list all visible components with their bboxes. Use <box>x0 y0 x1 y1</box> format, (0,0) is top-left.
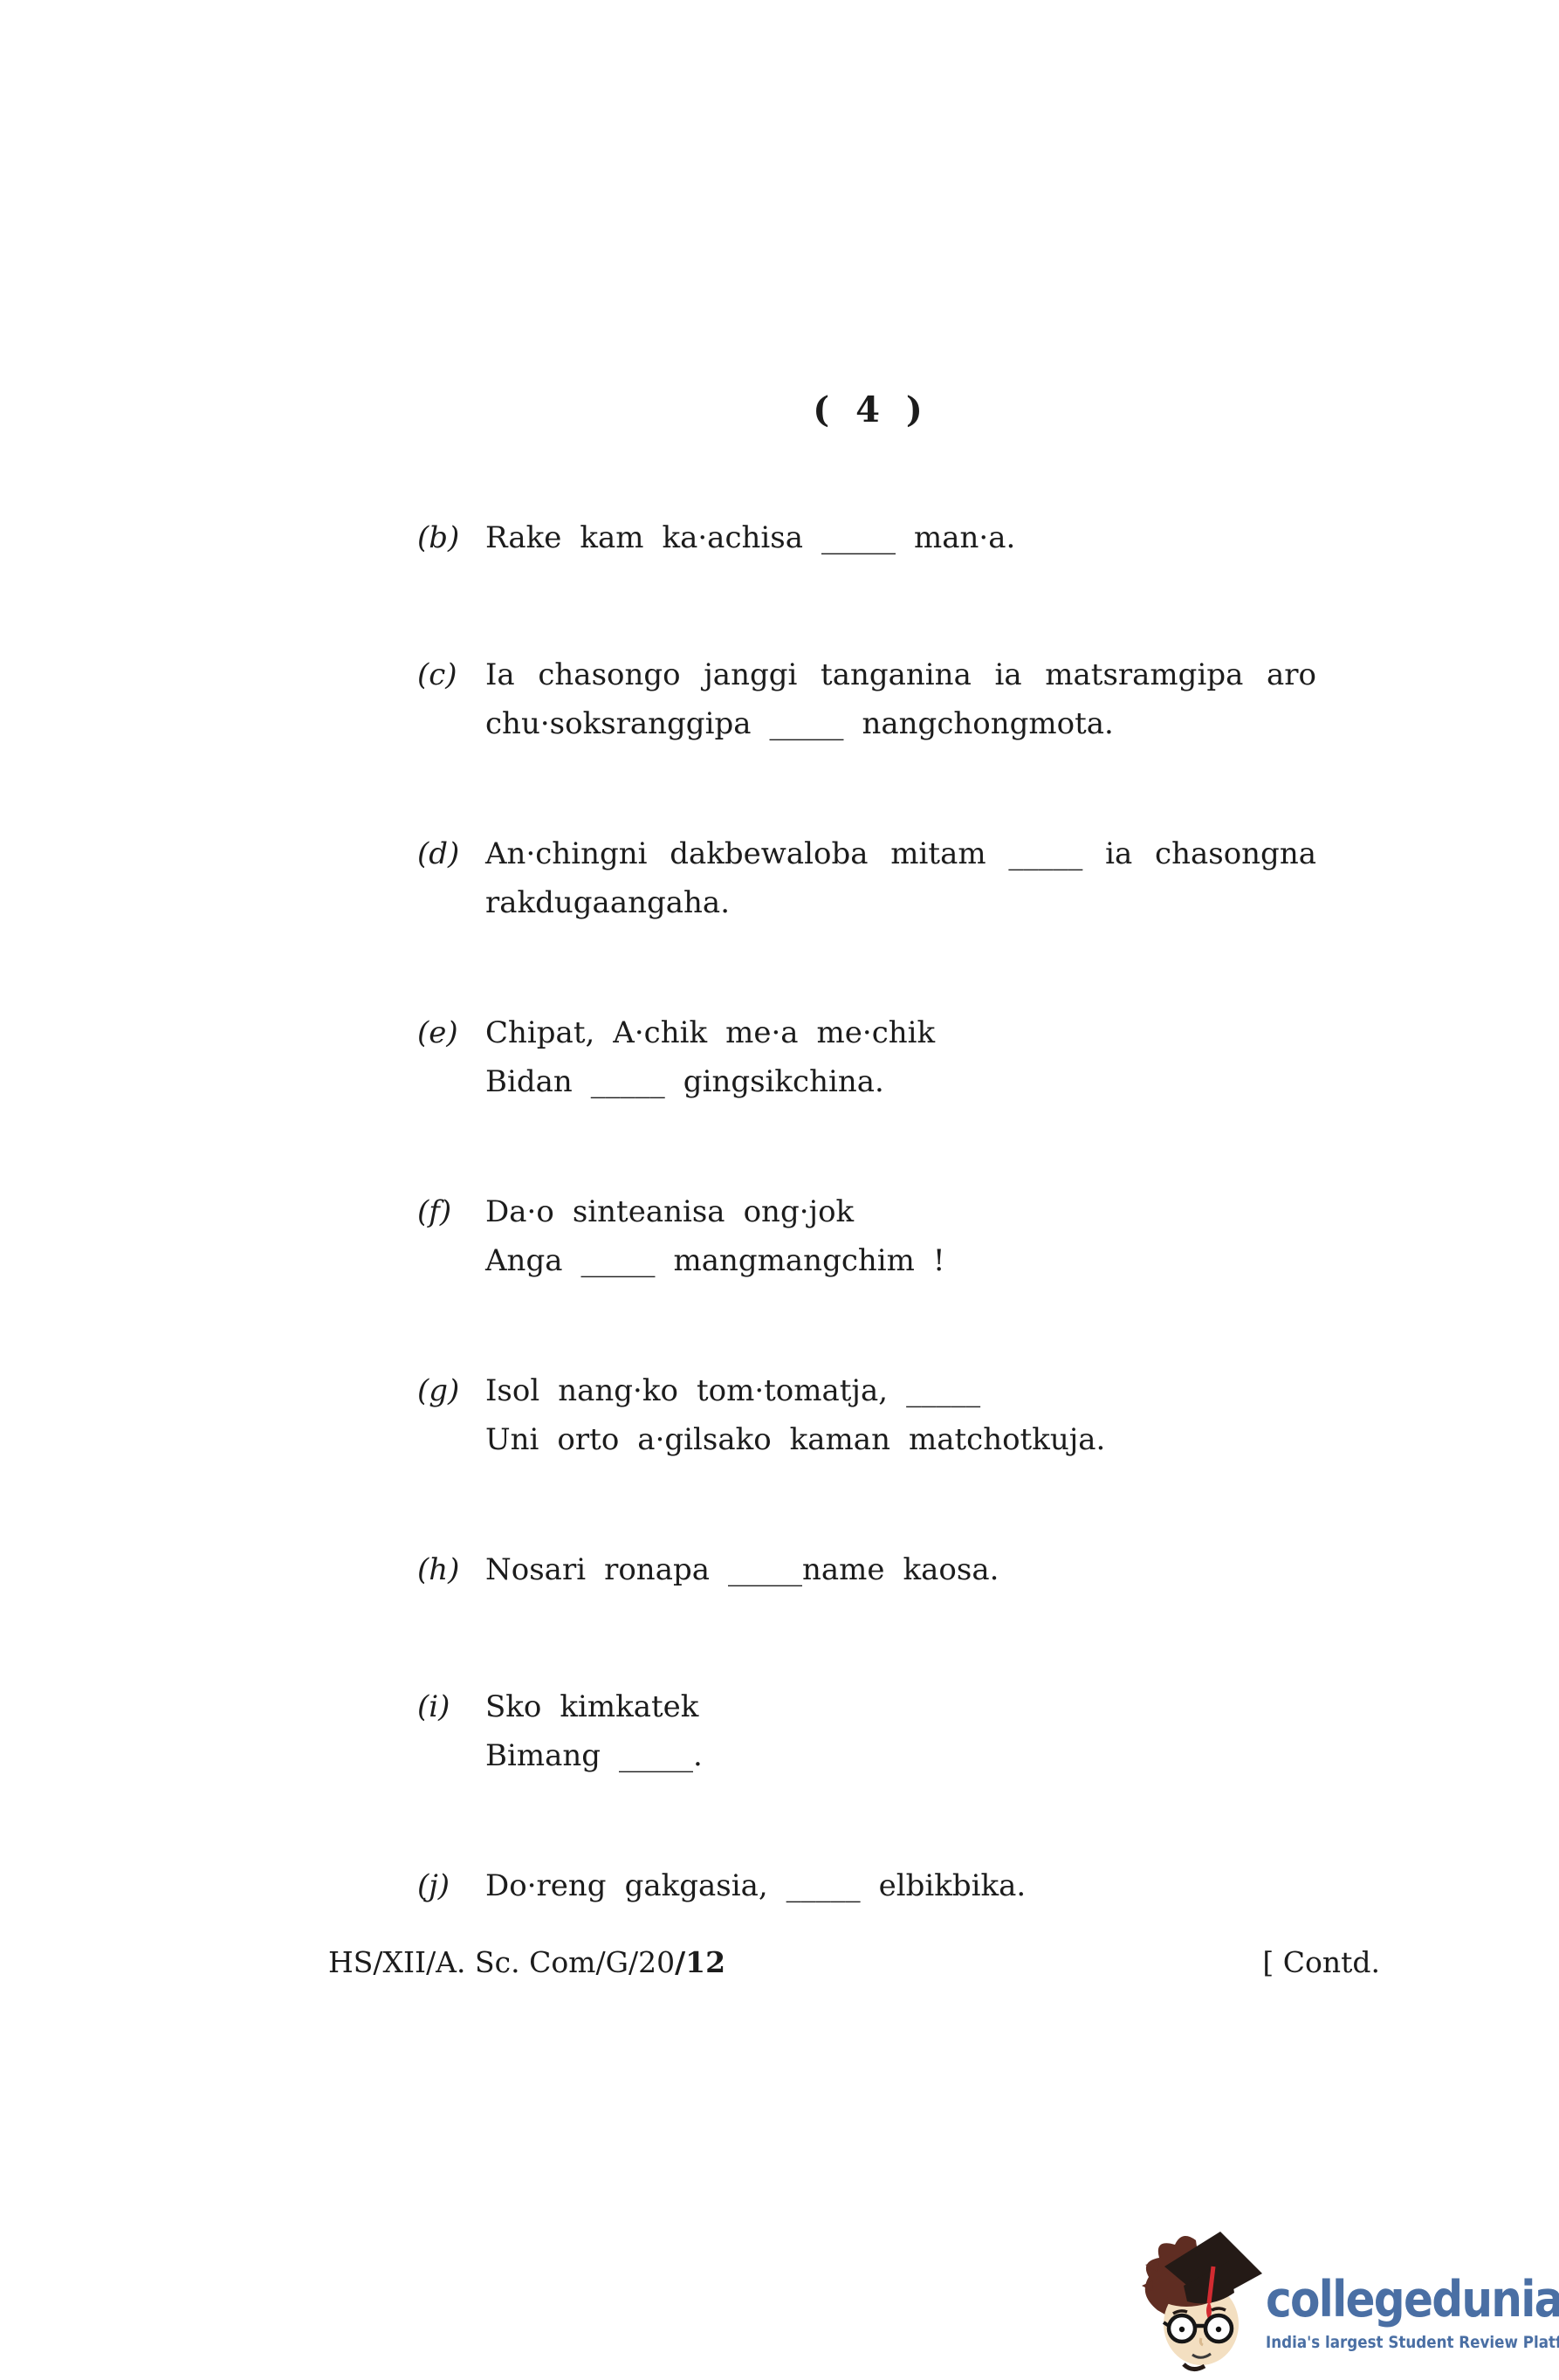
question-line: Uni orto a·gilsako kaman matchotkuja. <box>485 1415 1316 1464</box>
paper-code-bold: /12 <box>675 1945 725 1979</box>
question-text: Do·reng gakgasia, _____ elbikbika. <box>485 1861 1316 1910</box>
question-label: (b) <box>417 513 485 562</box>
question-label: (c) <box>417 650 485 748</box>
question-item: (h) Nosari ronapa _____name kaosa. <box>417 1545 1316 1594</box>
question-item: (f) Da·o sinteanisa ong·jokAnga _____ ma… <box>417 1187 1316 1285</box>
question-line: An·chingni dakbewaloba mitam _____ ia ch… <box>485 829 1316 878</box>
graduate-mascot-icon <box>1131 2223 1262 2380</box>
collegedunia-logo: collegedunia .com India's largest Studen… <box>1131 2223 1559 2380</box>
question-text: An·chingni dakbewaloba mitam _____ ia ch… <box>485 829 1316 927</box>
logo-tagline: India's largest Student Review Platform <box>1266 2333 1559 2352</box>
question-label: (i) <box>417 1682 485 1780</box>
exam-page: ( 4 ) (b) Rake kam ka·achisa _____ man·a… <box>0 0 1559 2380</box>
question-line: Chipat, A·chik me·a me·chik <box>485 1008 1316 1057</box>
question-line: Do·reng gakgasia, _____ elbikbika. <box>485 1861 1316 1910</box>
question-line: Bidan _____ gingsikchina. <box>485 1057 1316 1106</box>
question-label: (e) <box>417 1008 485 1106</box>
question-line: Bimang _____. <box>485 1731 1316 1780</box>
question-text: Chipat, A·chik me·a me·chikBidan _____ g… <box>485 1008 1316 1106</box>
question-item: (b) Rake kam ka·achisa _____ man·a. <box>417 513 1316 562</box>
logo-text-block: collegedunia .com India's largest Studen… <box>1266 2223 1559 2352</box>
question-text: Isol nang·ko tom·tomatja, _____Uni orto … <box>485 1366 1316 1464</box>
question-item: (e) Chipat, A·chik me·a me·chikBidan ___… <box>417 1008 1316 1106</box>
contd-note: [ Contd. <box>1262 1943 1380 1982</box>
page-footer: HS/XII/A. Sc. Com/G/20/12 [ Contd. <box>328 1943 1380 1982</box>
question-item: (g) Isol nang·ko tom·tomatja, _____Uni o… <box>417 1366 1316 1464</box>
question-line: Isol nang·ko tom·tomatja, _____ <box>485 1366 1316 1415</box>
question-line: Nosari ronapa _____name kaosa. <box>485 1545 1316 1594</box>
questions-list: (b) Rake kam ka·achisa _____ man·a. (c) … <box>417 513 1316 1998</box>
question-line: Ia chasongo janggi tanganina ia matsramg… <box>485 650 1316 699</box>
logo-wordmark: collegedunia <box>1266 2275 1559 2325</box>
question-text: Rake kam ka·achisa _____ man·a. <box>485 513 1316 562</box>
question-item: (c) Ia chasongo janggi tanganina ia mats… <box>417 650 1316 748</box>
question-line: rakdugaangaha. <box>485 878 1316 927</box>
question-label: (h) <box>417 1545 485 1594</box>
question-item: (i) Sko kimkatekBimang _____. <box>417 1682 1316 1780</box>
question-label: (g) <box>417 1366 485 1464</box>
question-item: (d) An·chingni dakbewaloba mitam _____ i… <box>417 829 1316 927</box>
question-label: (j) <box>417 1861 485 1910</box>
question-text: Sko kimkatekBimang _____. <box>485 1682 1316 1780</box>
question-line: Anga _____ mangmangchim ! <box>485 1236 1316 1285</box>
paper-code-regular: HS/XII/A. Sc. Com/G/20 <box>328 1945 675 1979</box>
question-text: Nosari ronapa _____name kaosa. <box>485 1545 1316 1594</box>
question-text: Da·o sinteanisa ong·jokAnga _____ mangma… <box>485 1187 1316 1285</box>
question-label: (f) <box>417 1187 485 1285</box>
page-number: ( 4 ) <box>801 389 941 430</box>
question-line: Da·o sinteanisa ong·jok <box>485 1187 1316 1236</box>
question-text: Ia chasongo janggi tanganina ia matsramg… <box>485 650 1316 748</box>
question-label: (d) <box>417 829 485 927</box>
paper-code: HS/XII/A. Sc. Com/G/20/12 <box>328 1943 725 1982</box>
question-line: chu·soksranggipa _____ nangchongmota. <box>485 699 1316 748</box>
question-item: (j) Do·reng gakgasia, _____ elbikbika. <box>417 1861 1316 1910</box>
question-line: Rake kam ka·achisa _____ man·a. <box>485 513 1316 562</box>
question-line: Sko kimkatek <box>485 1682 1316 1731</box>
